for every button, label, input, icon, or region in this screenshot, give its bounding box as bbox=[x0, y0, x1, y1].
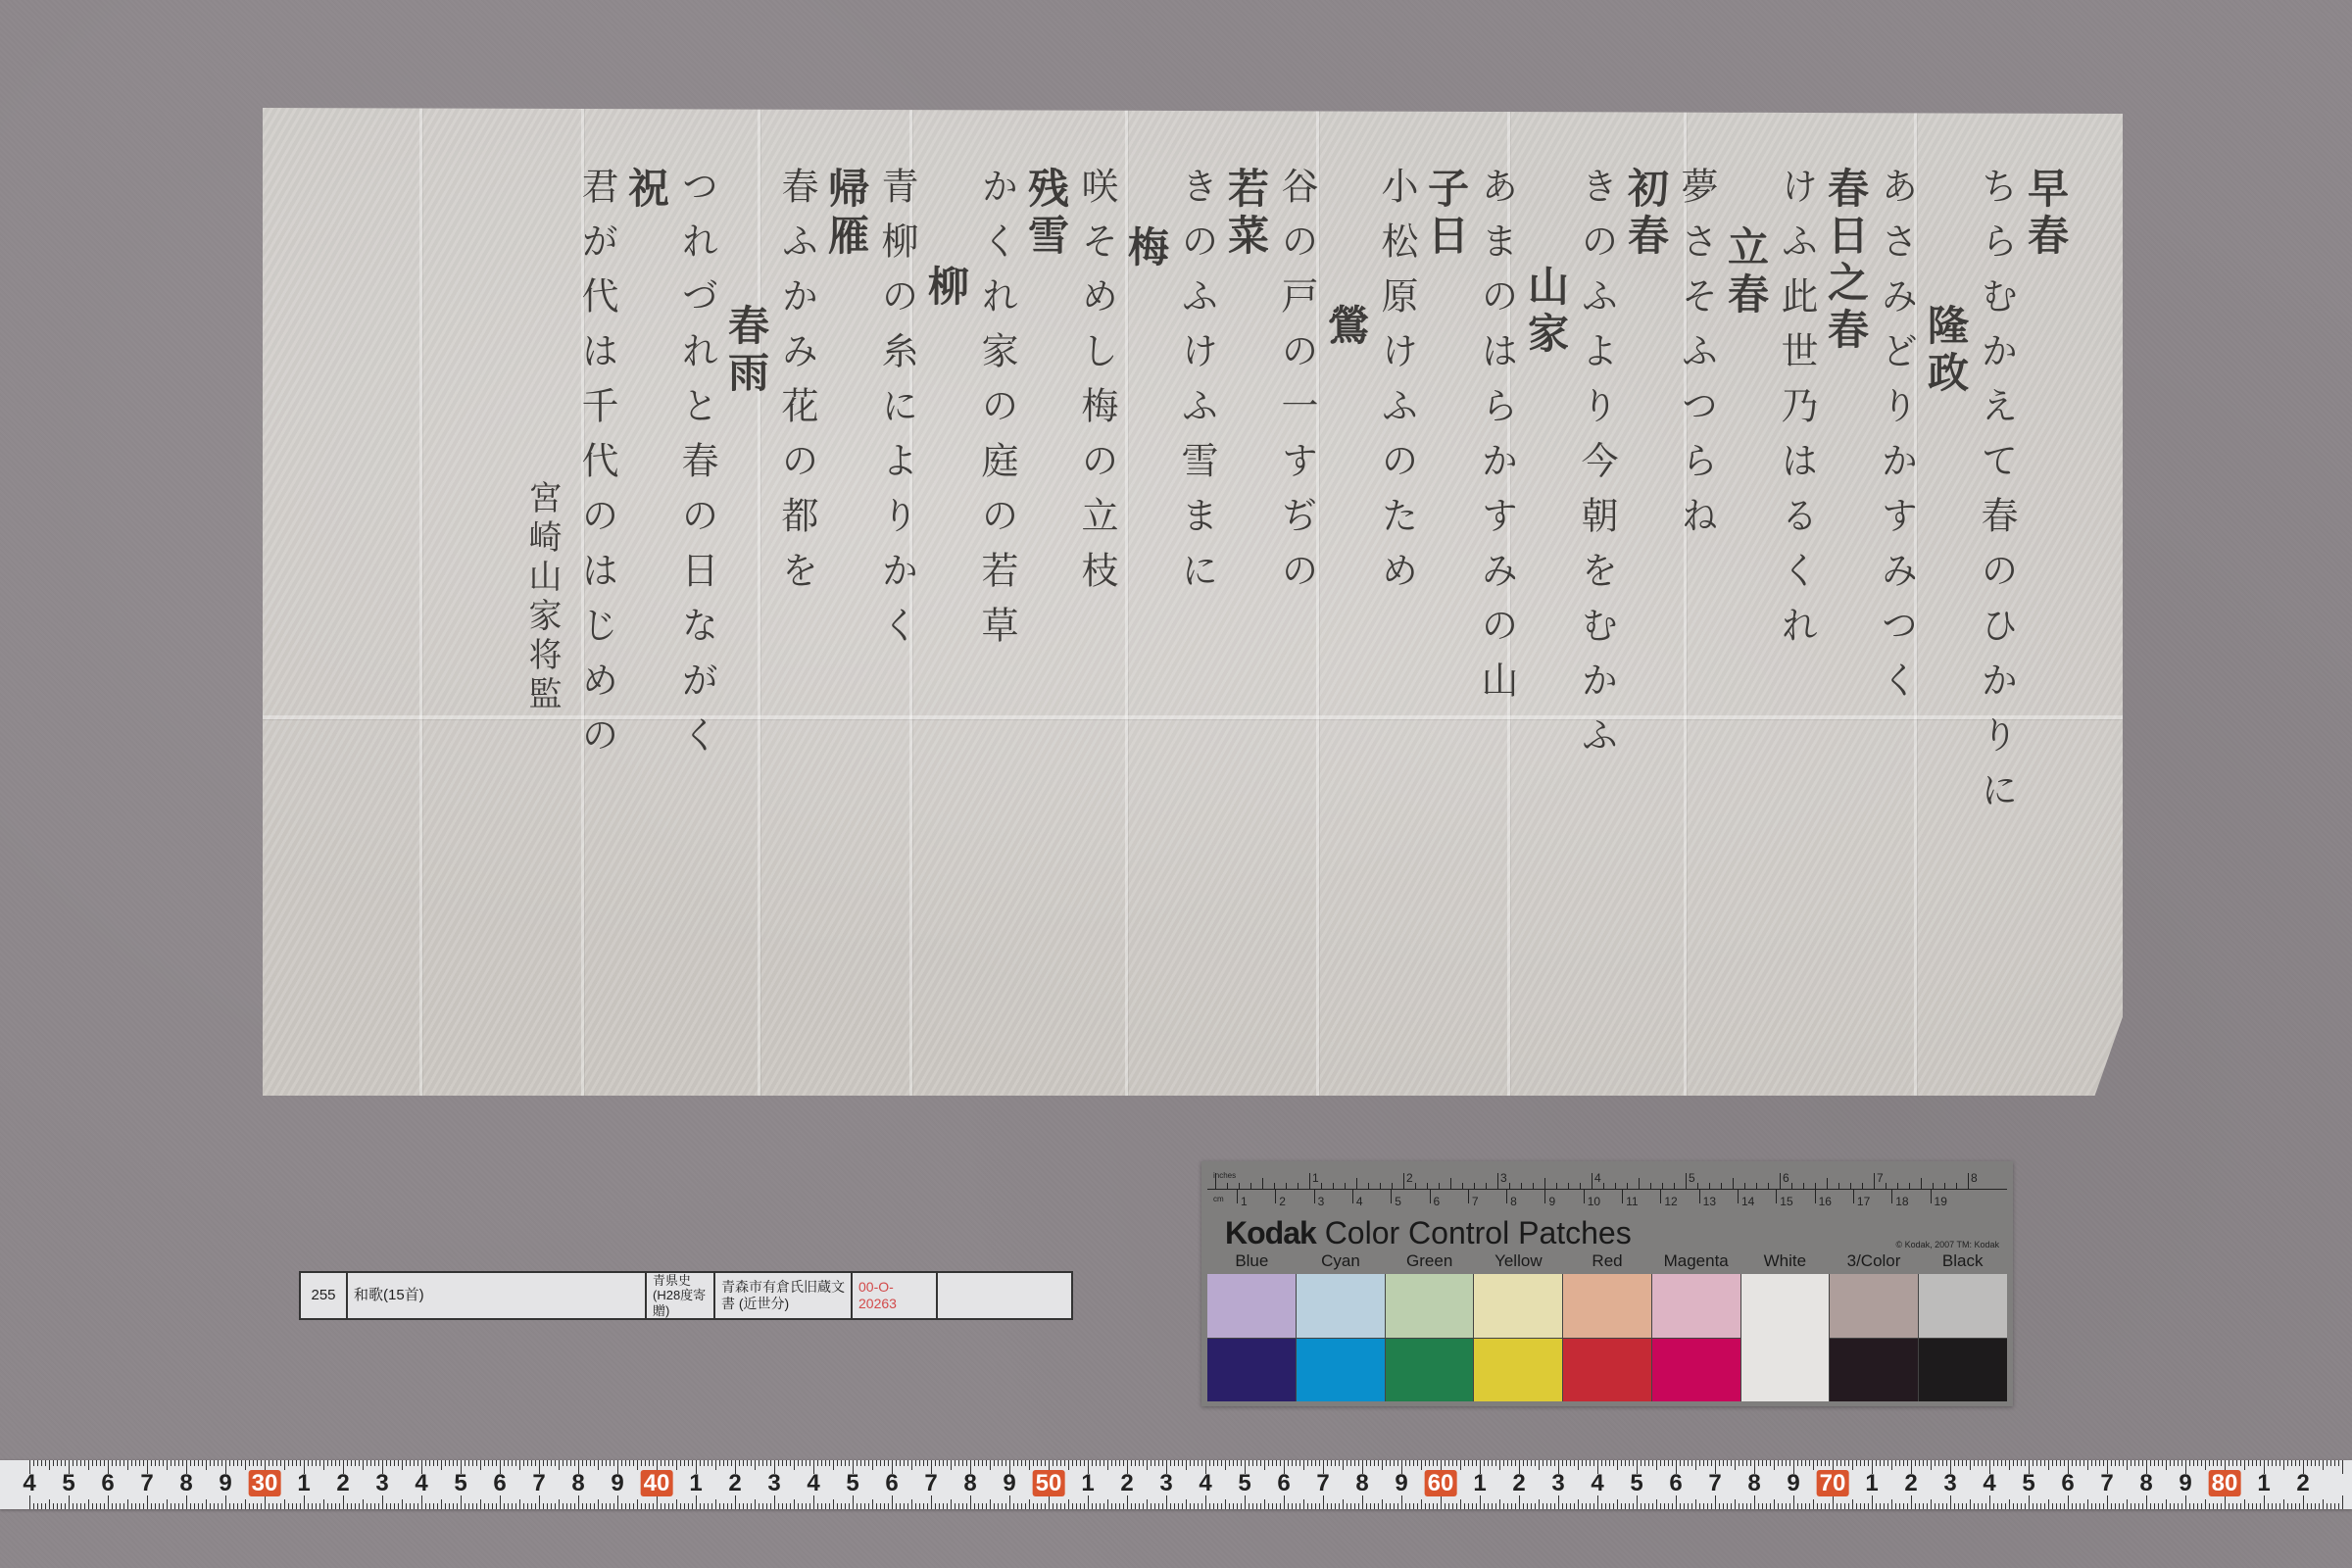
tape-tick bbox=[1856, 1503, 1857, 1509]
tape-tick bbox=[2162, 1460, 2163, 1466]
tape-tick bbox=[657, 1495, 658, 1509]
tape-tick bbox=[1507, 1503, 1508, 1509]
tape-tick bbox=[1852, 1499, 1853, 1509]
tape-tick bbox=[2009, 1499, 2010, 1509]
tape-tick bbox=[1629, 1460, 1630, 1466]
tape-tick bbox=[1123, 1460, 1124, 1466]
tape-tick bbox=[868, 1460, 869, 1466]
cm-label: 10 bbox=[1588, 1195, 1600, 1208]
tape-number: 9 bbox=[611, 1470, 623, 1497]
tape-tick bbox=[2138, 1460, 2139, 1466]
tape-tick bbox=[2072, 1460, 2073, 1466]
tape-tick bbox=[421, 1495, 422, 1509]
tape-tick bbox=[864, 1503, 865, 1509]
tape-tick bbox=[2189, 1460, 2190, 1466]
tape-tick bbox=[1135, 1460, 1136, 1466]
tape-tick bbox=[641, 1460, 642, 1466]
tape-tick bbox=[163, 1460, 164, 1466]
tape-tick bbox=[762, 1460, 763, 1466]
poem-title: 柳 bbox=[925, 265, 966, 312]
tape-tick bbox=[304, 1495, 305, 1509]
tape-tick bbox=[727, 1460, 728, 1466]
poem-title: 子日 bbox=[1425, 167, 1466, 261]
tape-tick bbox=[1562, 1460, 1563, 1466]
cm-label: 19 bbox=[1935, 1195, 1947, 1208]
tape-tick bbox=[1962, 1460, 1963, 1466]
tape-tick bbox=[1688, 1503, 1689, 1509]
tape-tick bbox=[817, 1503, 818, 1509]
tape-number: 8 bbox=[963, 1470, 976, 1497]
tape-tick bbox=[1938, 1503, 1939, 1509]
tape-tick bbox=[1739, 1460, 1739, 1466]
tape-tick bbox=[1707, 1503, 1708, 1509]
cm-tick bbox=[1660, 1190, 1661, 1203]
tape-tick bbox=[1899, 1460, 1900, 1466]
tape-tick bbox=[731, 1503, 732, 1509]
tape-tick bbox=[1723, 1503, 1724, 1509]
tape-tick bbox=[778, 1503, 779, 1509]
tape-tick bbox=[2342, 1495, 2343, 1509]
tape-tick bbox=[214, 1503, 215, 1509]
tape-tick bbox=[53, 1503, 54, 1509]
tape-tick bbox=[641, 1503, 642, 1509]
tape-tick bbox=[1550, 1460, 1551, 1466]
tape-number: 5 bbox=[2022, 1470, 2034, 1497]
tape-tick bbox=[1198, 1503, 1199, 1509]
tape-tick bbox=[2013, 1460, 2014, 1466]
tape-tick bbox=[515, 1460, 516, 1466]
tape-tick bbox=[1531, 1460, 1532, 1466]
tape-tick bbox=[1511, 1503, 1512, 1509]
tape-tick bbox=[2060, 1503, 2061, 1509]
tape-tick bbox=[257, 1503, 258, 1509]
tape-tick bbox=[1319, 1460, 1320, 1466]
poem-line: つれづれと春の日ながく bbox=[678, 167, 715, 770]
tape-tick bbox=[625, 1460, 626, 1466]
tape-tick bbox=[1543, 1503, 1543, 1509]
tape-tick bbox=[1735, 1499, 1736, 1509]
tape-tick bbox=[143, 1460, 144, 1466]
tape-tick bbox=[1766, 1503, 1767, 1509]
tape-tick bbox=[535, 1503, 536, 1509]
tape-tick bbox=[480, 1499, 481, 1509]
tape-tick bbox=[633, 1460, 634, 1466]
tape-tick bbox=[2252, 1460, 2253, 1466]
patch-column bbox=[1297, 1274, 1386, 1401]
tape-tick bbox=[1378, 1460, 1379, 1466]
tape-tick bbox=[802, 1503, 803, 1509]
tape-tick bbox=[1084, 1503, 1085, 1509]
tape-tick bbox=[1601, 1503, 1602, 1509]
tape-tick bbox=[323, 1460, 324, 1470]
patch-column bbox=[1474, 1274, 1563, 1401]
tape-tick bbox=[923, 1460, 924, 1466]
tape-tick bbox=[2295, 1460, 2296, 1466]
tape-tick bbox=[1068, 1499, 1069, 1509]
tape-tick bbox=[1864, 1460, 1865, 1466]
tape-tick bbox=[888, 1460, 889, 1466]
tape-tick bbox=[1327, 1460, 1328, 1466]
tape-tick bbox=[1574, 1460, 1575, 1466]
tape-number: 4 bbox=[23, 1470, 35, 1497]
tape-tick bbox=[2209, 1460, 2210, 1466]
tape-tick bbox=[1080, 1503, 1081, 1509]
inch-tick bbox=[1509, 1183, 1510, 1189]
tape-tick bbox=[2005, 1460, 2006, 1466]
tape-tick bbox=[1088, 1495, 1089, 1509]
poem-line: あまのはらかすみの山 bbox=[1478, 167, 1515, 715]
tape-tick bbox=[1143, 1503, 1144, 1509]
tape-tick bbox=[849, 1460, 850, 1466]
tape-tick bbox=[1331, 1503, 1332, 1509]
inch-tick bbox=[1227, 1183, 1228, 1189]
tape-tick bbox=[1719, 1503, 1720, 1509]
tape-tick bbox=[962, 1460, 963, 1466]
inch-tick bbox=[1250, 1183, 1251, 1189]
tape-tick bbox=[531, 1460, 532, 1466]
tape-tick bbox=[2209, 1503, 2210, 1509]
tape-tick bbox=[849, 1503, 850, 1509]
tape-tick bbox=[598, 1460, 599, 1470]
patch-dark bbox=[1919, 1339, 2007, 1402]
tape-tick bbox=[1774, 1460, 1775, 1470]
inch-tick bbox=[1215, 1173, 1216, 1189]
tape-tick bbox=[1315, 1503, 1316, 1509]
patch-dark bbox=[1297, 1339, 1385, 1402]
tape-tick bbox=[1409, 1460, 1410, 1466]
tape-tick bbox=[492, 1460, 493, 1466]
tape-tick bbox=[61, 1503, 62, 1509]
tape-tick bbox=[425, 1503, 426, 1509]
tape-tick bbox=[1217, 1460, 1218, 1466]
tape-tick bbox=[218, 1503, 219, 1509]
tape-tick bbox=[1484, 1503, 1485, 1509]
card-title: Kodak Color Control Patches bbox=[1225, 1215, 1632, 1251]
tape-tick bbox=[1009, 1495, 1010, 1509]
inch-tick bbox=[1968, 1173, 1969, 1189]
tape-tick bbox=[986, 1460, 987, 1466]
tape-tick bbox=[1676, 1495, 1677, 1509]
tape-tick bbox=[1366, 1503, 1367, 1509]
tape-tick bbox=[1284, 1495, 1285, 1509]
tape-tick bbox=[527, 1503, 528, 1509]
tape-decade-badge: 50 bbox=[1033, 1470, 1065, 1496]
tape-tick bbox=[445, 1503, 446, 1509]
tape-tick bbox=[907, 1460, 908, 1466]
inch-tick bbox=[1321, 1183, 1322, 1189]
tape-tick bbox=[2056, 1460, 2057, 1466]
tape-tick bbox=[1652, 1460, 1653, 1466]
tape-number: 4 bbox=[1199, 1470, 1211, 1497]
tape-tick bbox=[1033, 1503, 1034, 1509]
tape-tick bbox=[433, 1460, 434, 1466]
tape-tick bbox=[1076, 1460, 1077, 1466]
tape-tick bbox=[1362, 1495, 1363, 1509]
tape-tick bbox=[1017, 1460, 1018, 1466]
tape-tick bbox=[2048, 1499, 2049, 1509]
tape-tick bbox=[1433, 1503, 1434, 1509]
tape-tick bbox=[359, 1460, 360, 1466]
tape-tick bbox=[672, 1460, 673, 1466]
tape-tick bbox=[531, 1503, 532, 1509]
tape-tick bbox=[1782, 1503, 1783, 1509]
tape-tick bbox=[343, 1495, 344, 1509]
tape-tick bbox=[1844, 1460, 1845, 1466]
tape-number: 6 bbox=[101, 1470, 114, 1497]
tape-tick bbox=[49, 1460, 50, 1470]
inch-tick bbox=[1674, 1183, 1675, 1189]
tape-tick bbox=[1782, 1460, 1783, 1466]
tape-tick bbox=[559, 1460, 560, 1470]
tape-tick bbox=[2005, 1503, 2006, 1509]
tape-tick bbox=[1974, 1460, 1975, 1466]
inch-tick bbox=[1298, 1183, 1298, 1189]
tape-tick bbox=[398, 1460, 399, 1466]
tape-tick bbox=[2276, 1503, 2277, 1509]
tape-tick bbox=[990, 1460, 991, 1470]
tape-tick bbox=[2017, 1503, 2018, 1509]
tape-tick bbox=[727, 1503, 728, 1509]
tape-tick bbox=[1335, 1503, 1336, 1509]
tape-tick bbox=[1887, 1503, 1888, 1509]
tape-tick bbox=[2295, 1503, 2296, 1509]
poem-line: けふ此世乃はるくれ bbox=[1778, 167, 1815, 661]
tape-tick bbox=[1072, 1460, 1073, 1466]
tape-tick bbox=[598, 1499, 599, 1509]
tape-tick bbox=[1582, 1503, 1583, 1509]
tape-number: 5 bbox=[1630, 1470, 1642, 1497]
tape-tick bbox=[825, 1503, 826, 1509]
tape-tick bbox=[1492, 1503, 1493, 1509]
patch-dark bbox=[1207, 1339, 1296, 1402]
tape-tick bbox=[586, 1503, 587, 1509]
inch-tick bbox=[1838, 1183, 1839, 1189]
tape-tick bbox=[1750, 1460, 1751, 1466]
tape-tick bbox=[2244, 1499, 2245, 1509]
tape-tick bbox=[1292, 1460, 1293, 1466]
tape-tick bbox=[1593, 1503, 1594, 1509]
tape-tick bbox=[633, 1503, 634, 1509]
tape-tick bbox=[1115, 1460, 1116, 1466]
tape-tick bbox=[1209, 1503, 1210, 1509]
patch-light bbox=[1652, 1274, 1740, 1339]
inch-tick bbox=[1239, 1183, 1240, 1189]
tape-tick bbox=[437, 1503, 438, 1509]
tape-tick bbox=[1237, 1503, 1238, 1509]
tape-tick bbox=[1848, 1460, 1849, 1466]
tape-tick bbox=[2001, 1503, 2002, 1509]
label-title: 和歌(15首) bbox=[348, 1273, 647, 1318]
tape-tick bbox=[1198, 1460, 1199, 1466]
inch-tick bbox=[1709, 1183, 1710, 1189]
tape-tick bbox=[1656, 1499, 1657, 1509]
tape-tick bbox=[955, 1460, 955, 1466]
tape-tick bbox=[1856, 1460, 1857, 1466]
tape-tick bbox=[1566, 1460, 1567, 1466]
tape-tick bbox=[1907, 1503, 1908, 1509]
tape-tick bbox=[484, 1460, 485, 1466]
tape-tick bbox=[1546, 1460, 1547, 1466]
tape-tick bbox=[1778, 1503, 1779, 1509]
inch-tick bbox=[1274, 1183, 1275, 1189]
tape-tick bbox=[782, 1460, 783, 1466]
inch-tick bbox=[1486, 1183, 1487, 1189]
label-id: 00-O-20263 bbox=[853, 1273, 938, 1318]
tape-tick bbox=[1292, 1503, 1293, 1509]
tape-number: 4 bbox=[807, 1470, 819, 1497]
tape-tick bbox=[249, 1503, 250, 1509]
tape-tick bbox=[2166, 1499, 2167, 1509]
tape-number: 6 bbox=[885, 1470, 898, 1497]
tape-tick bbox=[1315, 1460, 1316, 1466]
tape-tick bbox=[2213, 1460, 2214, 1466]
fold-line-horizontal bbox=[263, 715, 2123, 719]
tape-tick bbox=[1629, 1503, 1630, 1509]
tape-tick bbox=[684, 1460, 685, 1466]
tape-tick bbox=[837, 1460, 838, 1466]
tape-tick bbox=[2279, 1460, 2280, 1466]
tape-tick bbox=[857, 1503, 857, 1509]
cm-label: 18 bbox=[1895, 1195, 1908, 1208]
tape-tick bbox=[982, 1503, 983, 1509]
tape-tick bbox=[2111, 1460, 2112, 1466]
tape-tick bbox=[2323, 1499, 2324, 1509]
tape-tick bbox=[347, 1503, 348, 1509]
tape-tick bbox=[73, 1503, 73, 1509]
tape-tick bbox=[1746, 1460, 1747, 1466]
tape-tick bbox=[747, 1503, 748, 1509]
tape-tick bbox=[1370, 1503, 1371, 1509]
tape-tick bbox=[2268, 1503, 2269, 1509]
tape-tick bbox=[237, 1460, 238, 1466]
inch-tick bbox=[1603, 1183, 1604, 1189]
tape-tick bbox=[2119, 1460, 2120, 1466]
tape-tick bbox=[610, 1503, 611, 1509]
tape-tick bbox=[2213, 1503, 2214, 1509]
tape-tick bbox=[833, 1499, 834, 1509]
tape-tick bbox=[1209, 1460, 1210, 1466]
poem-line: 夢さそふつらね bbox=[1678, 167, 1715, 551]
tape-tick bbox=[65, 1460, 66, 1466]
inch-tick bbox=[1356, 1178, 1357, 1189]
tape-tick bbox=[1899, 1503, 1900, 1509]
tape-tick bbox=[1668, 1460, 1669, 1466]
tape-tick bbox=[206, 1499, 207, 1509]
tape-tick bbox=[73, 1460, 73, 1466]
tape-tick bbox=[1488, 1503, 1489, 1509]
poem-title: 梅 bbox=[1125, 225, 1166, 272]
tape-tick bbox=[927, 1503, 928, 1509]
tape-tick bbox=[1958, 1503, 1959, 1509]
tape-tick bbox=[229, 1460, 230, 1466]
tape-tick bbox=[998, 1460, 999, 1466]
tape-tick bbox=[543, 1503, 544, 1509]
tape-tick bbox=[2119, 1503, 2120, 1509]
tape-tick bbox=[700, 1460, 701, 1466]
tape-tick bbox=[668, 1503, 669, 1509]
tape-tick bbox=[351, 1460, 352, 1466]
tape-tick bbox=[2095, 1460, 2096, 1466]
tape-tick bbox=[970, 1495, 971, 1509]
tape-tick bbox=[123, 1503, 124, 1509]
tape-tick bbox=[214, 1460, 215, 1466]
tape-tick bbox=[1613, 1460, 1614, 1466]
tape-tick bbox=[335, 1503, 336, 1509]
tape-tick bbox=[112, 1503, 113, 1509]
tape-tick bbox=[582, 1460, 583, 1466]
tape-tick bbox=[296, 1503, 297, 1509]
patch-name-cyan: Cyan bbox=[1297, 1251, 1386, 1271]
tape-tick bbox=[84, 1503, 85, 1509]
inch-tick bbox=[1791, 1183, 1792, 1189]
tape-tick bbox=[1656, 1460, 1657, 1470]
cm-tick bbox=[1468, 1190, 1469, 1203]
tape-tick bbox=[1515, 1503, 1516, 1509]
patch-name-blue: Blue bbox=[1207, 1251, 1297, 1271]
tape-tick bbox=[563, 1460, 563, 1466]
tape-tick bbox=[1617, 1499, 1618, 1509]
cm-label: 5 bbox=[1395, 1195, 1401, 1208]
tape-number: 5 bbox=[1238, 1470, 1250, 1497]
tape-tick bbox=[527, 1460, 528, 1466]
tape-tick bbox=[672, 1503, 673, 1509]
tape-tick bbox=[829, 1503, 830, 1509]
tape-tick bbox=[1233, 1460, 1234, 1466]
tape-tick bbox=[1327, 1503, 1328, 1509]
tape-tick bbox=[1966, 1460, 1967, 1466]
tape-tick bbox=[167, 1499, 168, 1509]
tape-tick bbox=[2040, 1460, 2041, 1466]
tape-tick bbox=[1480, 1495, 1481, 1509]
cm-tick bbox=[1506, 1190, 1507, 1203]
cm-label: 7 bbox=[1472, 1195, 1479, 1208]
tape-tick bbox=[355, 1460, 356, 1466]
tape-tick bbox=[570, 1460, 571, 1466]
tape-tick bbox=[2127, 1460, 2128, 1470]
tape-number: 7 bbox=[924, 1470, 937, 1497]
tape-number: 4 bbox=[1591, 1470, 1603, 1497]
tape-tick bbox=[1139, 1460, 1140, 1466]
tape-tick bbox=[1252, 1503, 1253, 1509]
color-patches bbox=[1207, 1274, 2007, 1401]
tape-tick bbox=[1958, 1460, 1959, 1466]
poem-title: 祝 bbox=[625, 167, 666, 214]
inch-tick bbox=[1592, 1173, 1592, 1189]
patch-light bbox=[1386, 1274, 1474, 1339]
tape-tick bbox=[1033, 1460, 1034, 1466]
patch-column bbox=[1207, 1274, 1297, 1401]
tape-number: 3 bbox=[375, 1470, 388, 1497]
tape-tick bbox=[1264, 1460, 1265, 1470]
tape-tick bbox=[1484, 1460, 1485, 1466]
tape-tick bbox=[1684, 1503, 1685, 1509]
tape-tick bbox=[1178, 1503, 1179, 1509]
tape-number: 8 bbox=[2139, 1470, 2152, 1497]
inch-tick bbox=[1403, 1173, 1404, 1189]
poem-title: 立春 bbox=[1725, 225, 1766, 319]
tape-tick bbox=[645, 1460, 646, 1466]
tape-tick bbox=[316, 1460, 317, 1466]
tape-tick bbox=[2036, 1460, 2037, 1466]
tape-tick bbox=[1264, 1499, 1265, 1509]
tape-tick bbox=[543, 1460, 544, 1466]
tape-tick bbox=[1492, 1460, 1493, 1466]
tape-tick bbox=[1982, 1503, 1983, 1509]
tape-tick bbox=[2107, 1495, 2108, 1509]
cm-tick bbox=[1622, 1190, 1623, 1203]
poem-title: 鶯 bbox=[1325, 304, 1366, 351]
tape-tick bbox=[1880, 1460, 1881, 1466]
